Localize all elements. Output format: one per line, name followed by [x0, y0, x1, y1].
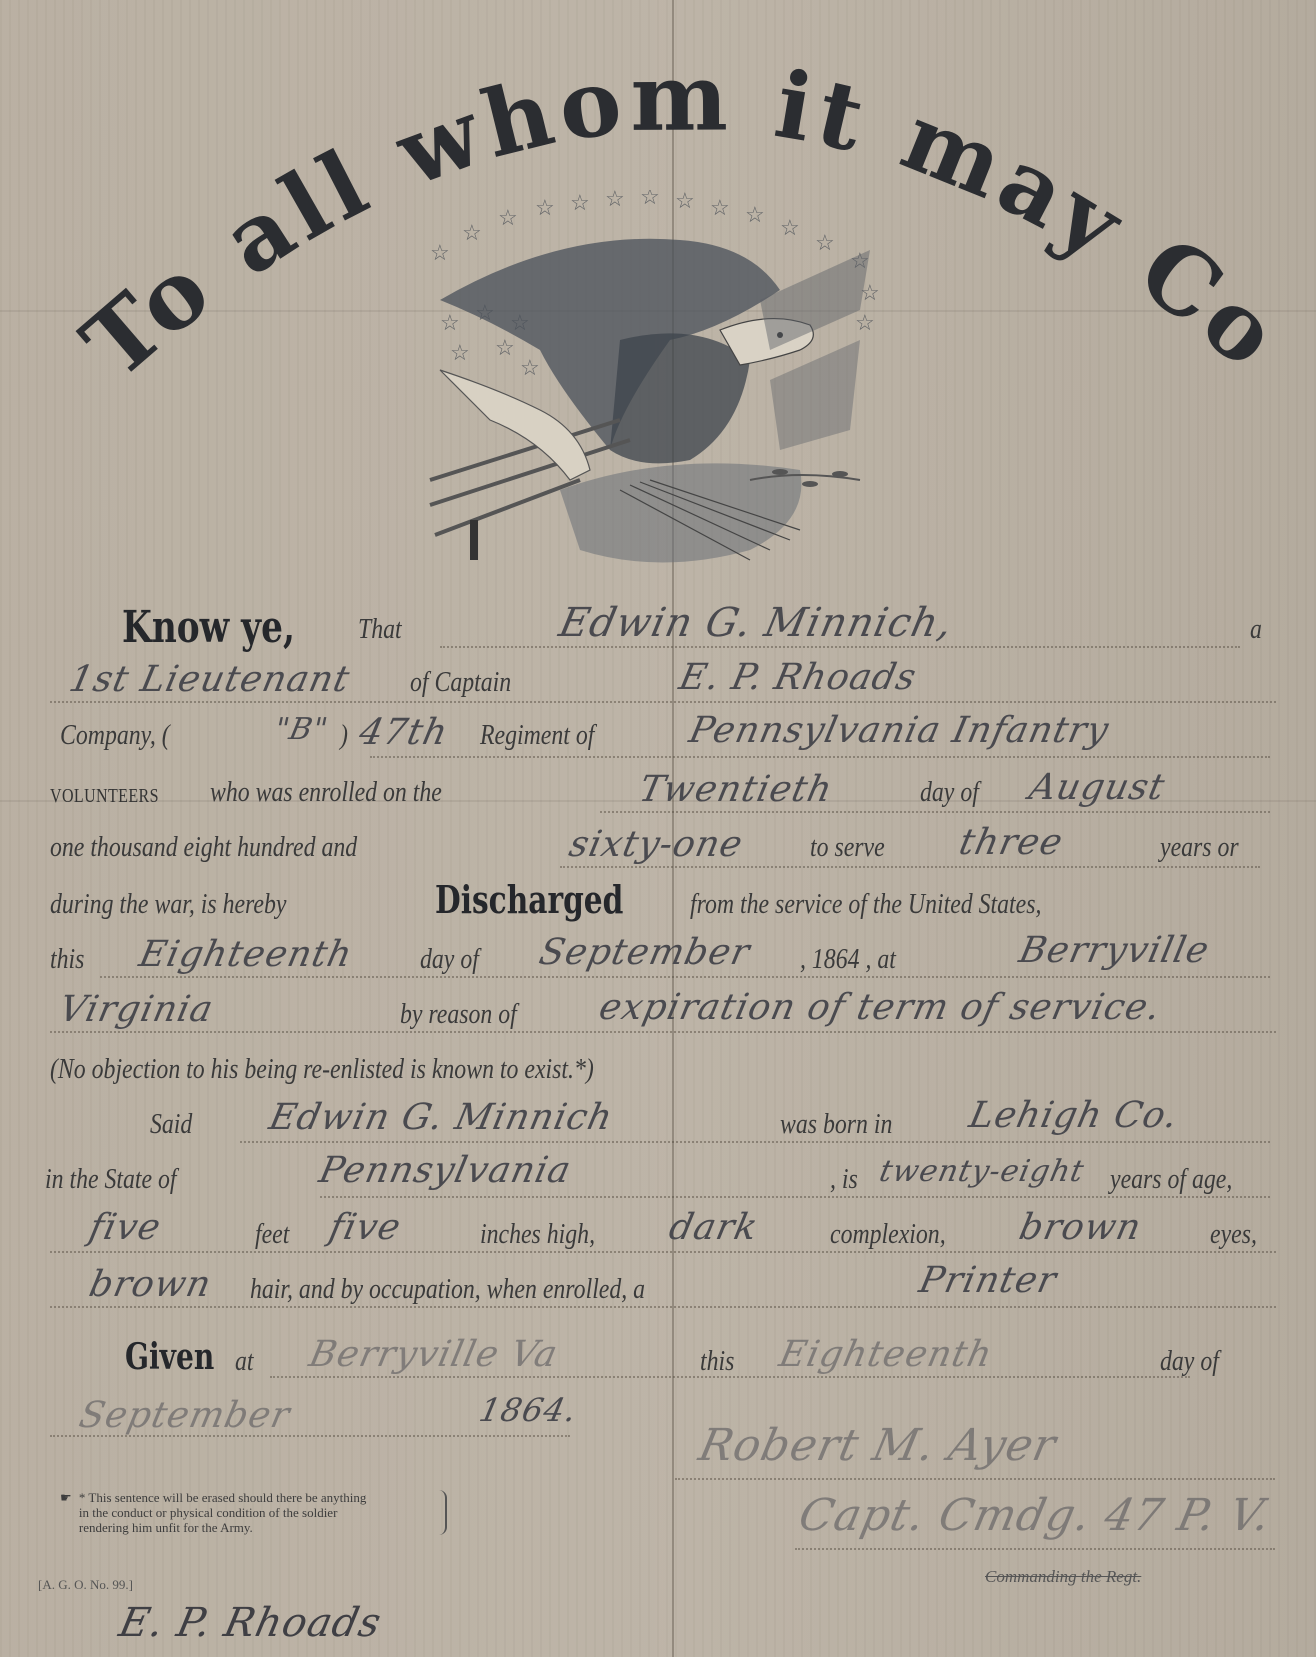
soldier-name: Edwin G. Minnich,: [555, 600, 957, 646]
printed-text: years or: [1160, 832, 1239, 864]
fill-line: [440, 646, 1240, 648]
line-occupation: brown hair, and by occupation, when enro…: [40, 1260, 1276, 1312]
printed-text: day of: [420, 944, 479, 976]
discharge-reason: expiration of term of service.: [596, 987, 1165, 1028]
commanding-label: Commanding the Regt.: [985, 1567, 1141, 1587]
given-place: Berryville Va: [306, 1334, 562, 1375]
hair-color: brown: [86, 1264, 216, 1305]
line-reason: Virginia by reason of expiration of term…: [40, 985, 1276, 1037]
printed-text: by reason of: [400, 999, 517, 1031]
svg-text:☆: ☆: [520, 356, 540, 381]
birthplace-county: Lehigh Co.: [966, 1095, 1182, 1136]
printed-text: to serve: [810, 832, 885, 864]
volunteers-label: VOLUNTEERS: [50, 785, 159, 808]
fill-line: [370, 756, 1270, 758]
printed-text: from the service of the United States,: [690, 889, 1041, 921]
svg-text:☆: ☆: [640, 190, 660, 210]
discharge-certificate: To all whom it may Concern: ☆☆☆ ☆☆☆ ☆☆☆ …: [0, 0, 1316, 1657]
printed-text: feet: [255, 1219, 289, 1251]
printed-text: , 1864 , at: [800, 944, 896, 976]
printed-text: (No objection to his being re-enlisted i…: [50, 1054, 594, 1086]
age: twenty-eight: [876, 1154, 1087, 1189]
occupation: Printer: [916, 1260, 1061, 1301]
birth-state: Pennsylvania: [316, 1150, 575, 1191]
given-month: September: [76, 1395, 294, 1436]
order-number: [A. G. O. No. 99.]: [38, 1577, 133, 1593]
given-year: 1864.: [476, 1391, 581, 1429]
discharge-month: September: [536, 932, 754, 973]
svg-text:☆: ☆: [450, 341, 470, 366]
fill-line: [50, 701, 1276, 703]
eagle-emblem-icon: ☆☆☆ ☆☆☆ ☆☆☆ ☆☆☆ ☆☆☆ ☆☆☆ ☆☆☆: [420, 190, 890, 580]
signature-line: [795, 1548, 1275, 1550]
printed-text: day of: [1160, 1346, 1219, 1378]
company-letter: "B": [271, 712, 331, 747]
svg-text:☆: ☆: [780, 216, 800, 241]
footnote-text: * This sentence will be erased should th…: [79, 1490, 447, 1535]
svg-text:☆: ☆: [430, 241, 450, 266]
line-state-age: in the State of Pennsylvania , is twenty…: [40, 1150, 1276, 1202]
printed-text: in the State of: [45, 1164, 177, 1196]
line-given-month: September 1864.: [40, 1395, 1276, 1447]
printed-text: a: [1250, 614, 1262, 646]
commander-signature: Robert M. Ayer: [695, 1420, 1061, 1471]
printed-text: this: [700, 1346, 734, 1378]
discharged-heading: Discharged: [435, 877, 623, 922]
pointing-hand-icon: ☛: [60, 1490, 72, 1505]
footnote: ☛ * This sentence will be erased should …: [60, 1490, 520, 1535]
fill-line: [320, 1196, 1270, 1198]
printed-text: one thousand eight hundred and: [50, 832, 357, 864]
svg-text:☆: ☆: [440, 311, 460, 336]
line-discharged: during the war, is hereby Discharged fro…: [40, 875, 1276, 927]
svg-text:☆: ☆: [605, 190, 625, 212]
given-day: Eighteenth: [776, 1334, 997, 1375]
printed-text: Said: [150, 1109, 192, 1141]
complexion: dark: [666, 1207, 762, 1248]
printed-text: of Captain: [410, 667, 511, 699]
service-term: three: [956, 822, 1067, 863]
line-birthplace: Said Edwin G. Minnich was born in Lehigh…: [40, 1095, 1276, 1147]
line-company: Company, ( "B" ) 47th Regiment of Pennsy…: [40, 710, 1276, 762]
printed-text: at: [235, 1346, 254, 1378]
svg-text:☆: ☆: [535, 196, 555, 221]
printed-text: was born in: [780, 1109, 892, 1141]
know-ye-heading: Know ye,: [122, 602, 295, 653]
printed-text: ): [340, 720, 348, 752]
printed-text: who was enrolled on the: [210, 777, 442, 809]
svg-text:☆: ☆: [495, 336, 515, 361]
printed-text: day of: [920, 777, 979, 809]
printed-text: during the war, is hereby: [50, 889, 286, 921]
svg-text:☆: ☆: [815, 231, 835, 256]
svg-text:☆: ☆: [745, 203, 765, 228]
printed-text: , is: [830, 1164, 858, 1196]
printed-text: eyes,: [1210, 1219, 1257, 1251]
svg-text:☆: ☆: [855, 311, 875, 336]
line-given-at: Given at Berryville Va this Eighteenth d…: [40, 1330, 1276, 1382]
svg-text:☆: ☆: [462, 221, 482, 246]
line-discharge-date: this Eighteenth day of September , 1864 …: [40, 930, 1276, 982]
printed-text: inches high,: [480, 1219, 595, 1251]
printed-text: this: [50, 944, 84, 976]
printed-text: Company, (: [60, 720, 170, 752]
svg-text:☆: ☆: [710, 196, 730, 221]
line-name: Know ye, That Edwin G. Minnich, a: [40, 600, 1276, 652]
line-objection: (No objection to his being re-enlisted i…: [40, 1040, 1276, 1092]
fill-line: [50, 1251, 1276, 1253]
discharge-day: Eighteenth: [136, 934, 357, 975]
line-description: five feet five inches high, dark complex…: [40, 1205, 1276, 1257]
fill-line: [50, 1031, 1276, 1033]
printed-text: Regiment of: [480, 720, 594, 752]
soldier-name-repeat: Edwin G. Minnich: [266, 1097, 617, 1138]
line-term: one thousand eight hundred and sixty-one…: [40, 820, 1276, 872]
printed-text: hair, and by occupation, when enrolled, …: [250, 1274, 645, 1306]
line-enrolled: VOLUNTEERS who was enrolled on the Twent…: [40, 765, 1276, 817]
line-rank: 1st Lieutenant of Captain E. P. Rhoads: [40, 655, 1276, 707]
fill-line: [240, 1141, 1270, 1143]
height-feet: five: [86, 1207, 165, 1248]
regiment-number: 47th: [356, 712, 452, 753]
fill-line: [600, 811, 1270, 813]
fill-line: [560, 866, 1260, 868]
captain-signature: E. P. Rhoads: [115, 1600, 386, 1646]
printed-text: That: [358, 614, 402, 646]
printed-text: complexion,: [830, 1219, 946, 1251]
svg-text:☆: ☆: [570, 191, 590, 216]
given-heading: Given: [125, 1336, 214, 1378]
enrolled-day: Twentieth: [636, 769, 837, 810]
commander-title-signature: Capt. Cmdg. 47 P. V.: [795, 1490, 1276, 1541]
signature-line: [675, 1478, 1275, 1480]
height-inches: five: [326, 1207, 405, 1248]
svg-text:☆: ☆: [675, 190, 695, 214]
captain-name: E. P. Rhoads: [676, 657, 921, 698]
fill-line: [100, 976, 1270, 978]
svg-text:☆: ☆: [498, 206, 518, 231]
enrolled-year: sixty-one: [566, 824, 747, 865]
printed-text: years of age,: [1110, 1164, 1232, 1196]
eye-color: brown: [1016, 1207, 1146, 1248]
rank: 1st Lieutenant: [66, 659, 354, 700]
regiment-name: Pennsylvania Infantry: [686, 710, 1113, 751]
fill-line: [50, 1306, 1276, 1308]
discharge-place: Berryville: [1016, 930, 1213, 971]
discharge-state: Virginia: [56, 989, 218, 1030]
enrolled-month: August: [1026, 767, 1169, 808]
